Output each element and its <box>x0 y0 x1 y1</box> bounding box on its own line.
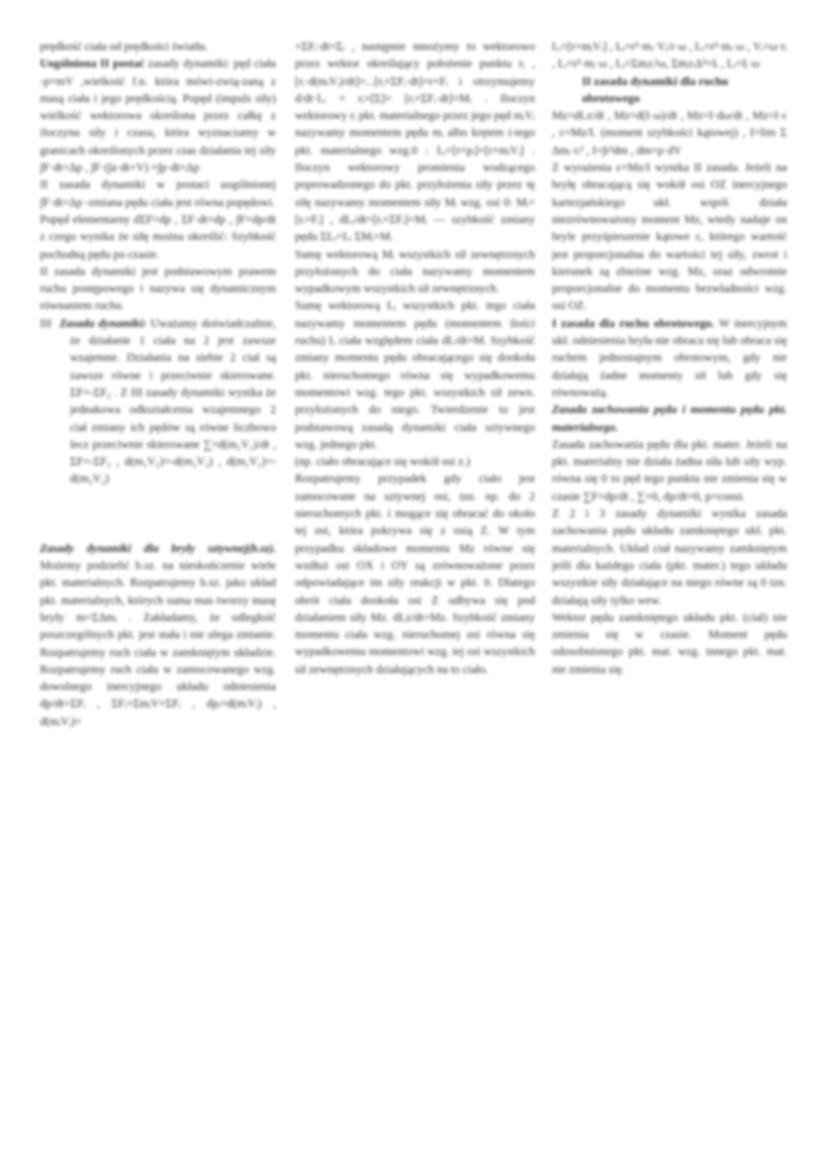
paragraph: =ΣFᵢ·dt=Σᵢ , następnie mnożymy to wektor… <box>295 38 535 246</box>
paragraph: Popęd elementarny dΣF=dp , ΣF·dt=dp , ∫F… <box>40 211 276 263</box>
paragraph: Uogólniona II postać zasady dynamiki: pę… <box>40 55 276 176</box>
paragraph: prędkość ciała od prędkości światła. <box>40 38 276 55</box>
spacer <box>40 488 276 540</box>
list-marker: III <box>40 317 52 330</box>
paragraph: Rozpatrujemy przypadek gdy ciało jest za… <box>295 470 535 678</box>
section-heading: II zasada dynamiki dla ruchu obrotowego <box>552 73 787 108</box>
paragraph: I zasada dla ruchu obrotowego. W inercyj… <box>552 315 787 401</box>
column-3: Lᵢ=[r×mᵢVᵢ] , Lᵢ=r²·mᵢ·Vᵢ/r·ω , Lᵢ=r²·mᵢ… <box>552 38 787 678</box>
paragraph: (np. ciało obracające się wokół osi z.) <box>295 453 535 470</box>
column-1: prędkość ciała od prędkości światła. Uog… <box>40 38 276 730</box>
paragraph-lead: Uogólniona II postać <box>40 57 144 70</box>
paragraph: Z 2 i 3 zasady dynamiki wynika zasada za… <box>552 505 787 609</box>
column-2: =ΣFᵢ·dt=Σᵢ , następnie mnożymy to wektor… <box>295 38 535 678</box>
paragraph: Z wyrażenia ε=Mz/I wynika II zasada. Jeż… <box>552 159 787 315</box>
paragraph: Mz=dLz/dt , Mz=d(I·ω)/dt , Mz=I·dω/dt , … <box>552 107 787 159</box>
document-page: prędkość ciała od prędkości światła. Uog… <box>0 0 826 1169</box>
paragraph: II zasada dynamiki w postaci uogólnionej… <box>40 176 276 211</box>
paragraph: II zasada dynamiki jest podstawowym praw… <box>40 263 276 315</box>
paragraph: Lᵢ=[r×mᵢVᵢ] , Lᵢ=r²·mᵢ·Vᵢ/r·ω , Lᵢ=r²·mᵢ… <box>552 38 787 73</box>
list-item: III Zasada dynamiki: Uważamy doświadczal… <box>40 315 276 488</box>
paragraph-lead: I zasada dla ruchu obrotowego. <box>552 317 714 330</box>
paragraph: Zasada zachowania pędu dla pkt. mater. J… <box>552 436 787 505</box>
paragraph: Wektor pędu zamkniętego układu pkt. (cia… <box>552 609 787 678</box>
paragraph: Sumę wektorową Lᵢ wszystkich pkt. tego c… <box>295 297 535 453</box>
section-heading: Zasady dynamiki dla bryły sztywnej(b.sz)… <box>40 542 276 555</box>
paragraph-lead: Zasada dynamiki: <box>60 317 147 330</box>
paragraph: Sumę wektorową Mᵢ wszystkich sił zewnętr… <box>295 246 535 298</box>
section-heading: Zasada zachowania pędu i momentu pędu pk… <box>552 401 787 436</box>
paragraph: Zasady dynamiki dla bryły sztywnej(b.sz)… <box>40 540 276 730</box>
